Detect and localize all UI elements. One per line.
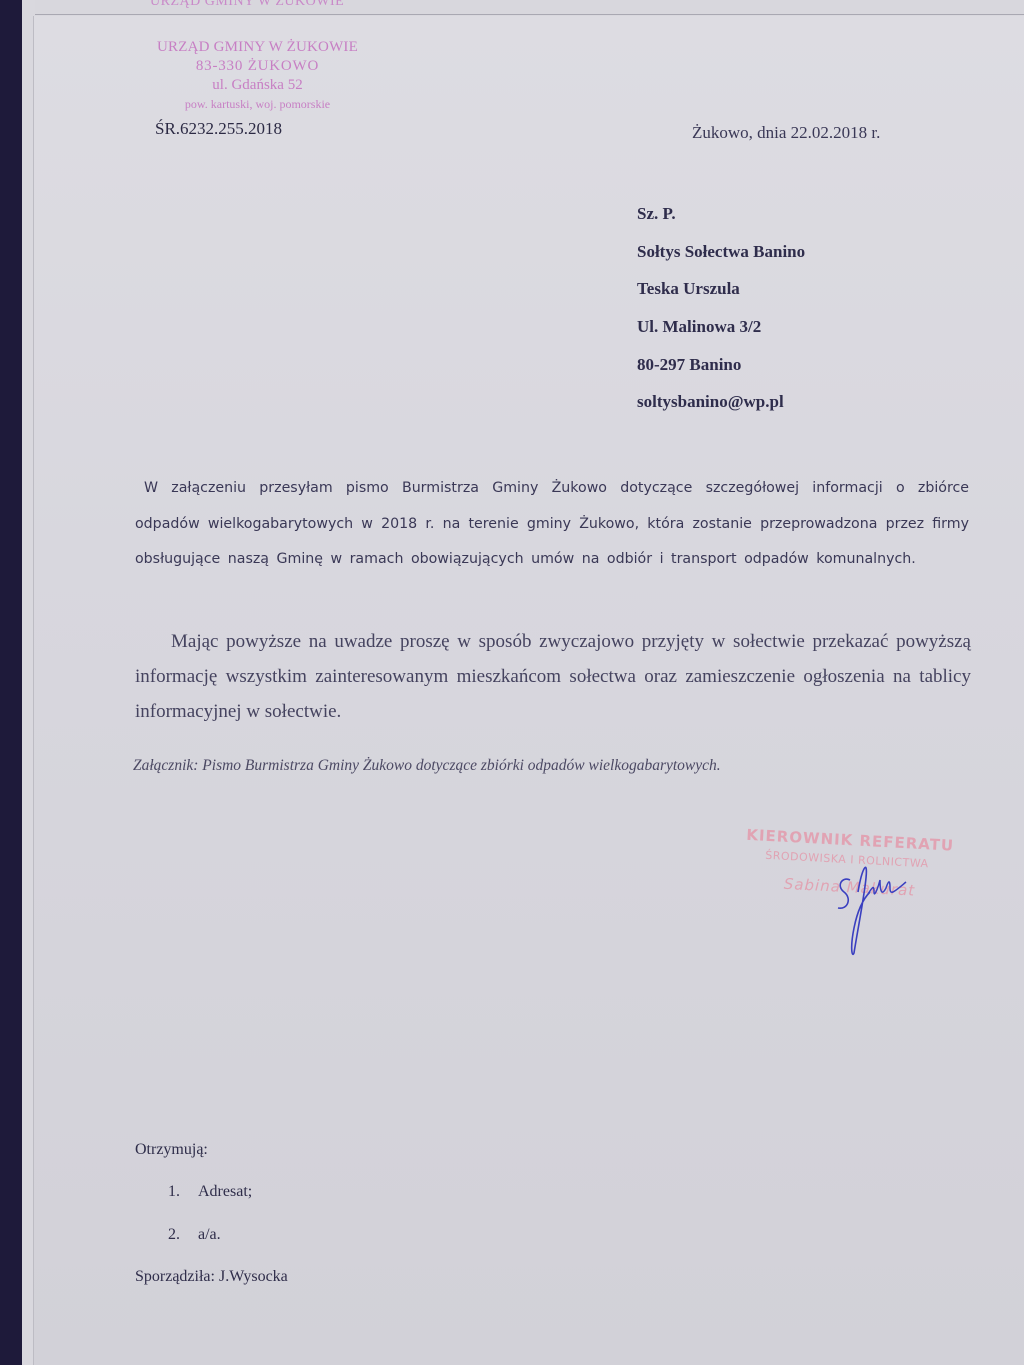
place-date: Żukowo, dnia 22.02.2018 r. <box>692 123 880 143</box>
recipient-number: 1. <box>168 1183 198 1201</box>
ghost-stamp-text: URZĄD GMINY W ŻUKOWIE <box>150 0 344 10</box>
reference-number: ŚR.6232.255.2018 <box>155 119 282 139</box>
stamp-region: pow. kartuski, woj. pomorskie <box>150 95 365 114</box>
addressee-block: Sz. P. Sołtys Sołectwa Banino Teska Ursz… <box>637 203 805 429</box>
recipients-label: Otrzymują: <box>135 1141 208 1159</box>
recipient-number: 2. <box>168 1226 198 1244</box>
recipients-list: 1.Adresat; 2.a/a. <box>168 1183 252 1269</box>
underlying-sheet-edge: URZĄD GMINY W ŻUKOWIE <box>35 0 1024 15</box>
prepared-by: Sporządziła: J.Wysocka <box>135 1268 288 1286</box>
handwritten-signature-icon <box>828 858 908 958</box>
recipient-item: 1.Adresat; <box>168 1183 252 1226</box>
recipient-item: 2.a/a. <box>168 1226 252 1269</box>
attachment-note: Załącznik: Pismo Burmistrza Gminy Żukowo… <box>133 757 721 775</box>
stamp-office-name: URZĄD GMINY W ŻUKOWIE <box>150 38 365 57</box>
recipient-text: a/a. <box>198 1226 221 1243</box>
addressee-email: soltysbanino@wp.pl <box>637 391 805 429</box>
addressee-name: Teska Urszula <box>637 278 805 316</box>
office-header-stamp: URZĄD GMINY W ŻUKOWIE 83-330 ŻUKOWO ul. … <box>150 38 365 114</box>
recipient-text: Adresat; <box>198 1183 252 1200</box>
body-paragraph-1-text: W załączeniu przesyłam pismo Burmistrza … <box>135 480 969 567</box>
addressee-title: Sołtys Sołectwa Banino <box>637 241 805 279</box>
stamp-postal-city: 83-330 ŻUKOWO <box>150 57 365 76</box>
stamp-street: ul. Gdańska 52 <box>150 76 365 95</box>
addressee-salutation: Sz. P. <box>637 203 805 241</box>
addressee-street: Ul. Malinowa 3/2 <box>637 316 805 354</box>
body-paragraph-1: W załączeniu przesyłam pismo Burmistrza … <box>135 471 969 578</box>
addressee-postal-city: 80-297 Banino <box>637 354 805 392</box>
body-paragraph-2: Mając powyższe na uwadze proszę w sposób… <box>135 624 971 729</box>
